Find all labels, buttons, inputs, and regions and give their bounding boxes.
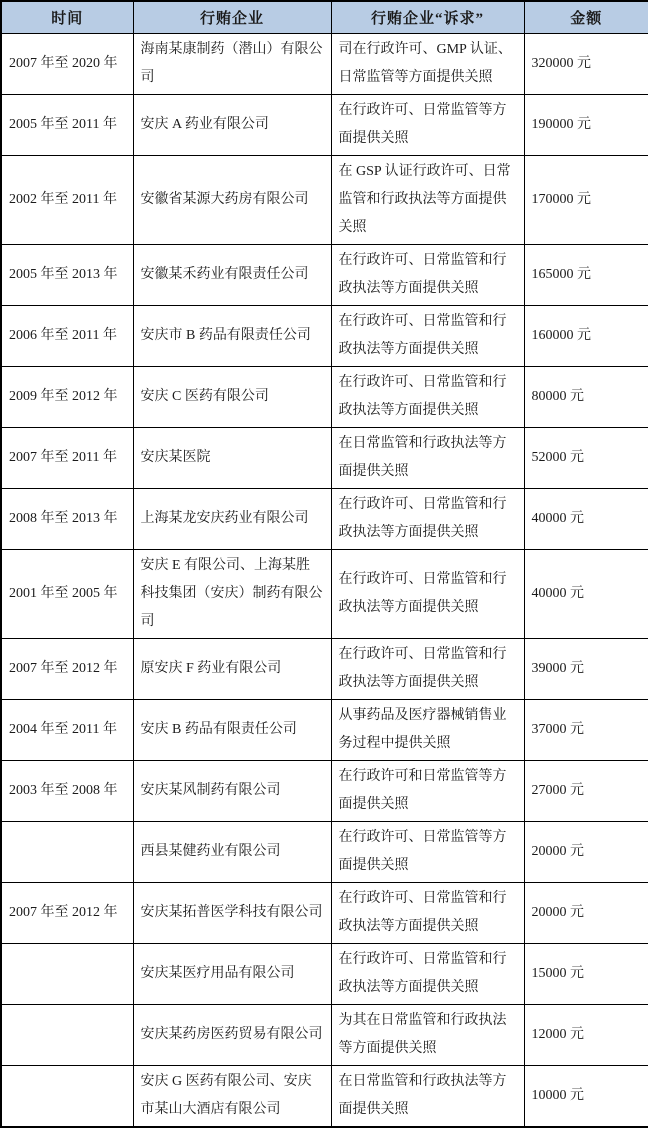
cell-amount: 190000 元: [524, 94, 648, 155]
cell-demand: 在行政许可、日常监管等方面提供关照: [331, 94, 524, 155]
cell-time: 2007 年至 2020 年: [1, 33, 133, 94]
cell-time: 2009 年至 2012 年: [1, 366, 133, 427]
cell-company: 西县某健药业有限公司: [133, 821, 331, 882]
cell-amount: 12000 元: [524, 1004, 648, 1065]
cell-company: 安庆某医疗用品有限公司: [133, 943, 331, 1004]
cell-company: 安庆某医院: [133, 427, 331, 488]
cell-company: 安庆某药房医药贸易有限公司: [133, 1004, 331, 1065]
cell-amount: 27000 元: [524, 760, 648, 821]
cell-demand: 在行政许可、日常监管和行政执法等方面提供关照: [331, 244, 524, 305]
table-row: 2007 年至 2012 年原安庆 F 药业有限公司在行政许可、日常监管和行政执…: [1, 638, 648, 699]
cell-time: 2006 年至 2011 年: [1, 305, 133, 366]
cell-time: 2007 年至 2011 年: [1, 427, 133, 488]
cell-amount: 165000 元: [524, 244, 648, 305]
cell-amount: 10000 元: [524, 1065, 648, 1127]
cell-demand: 在行政许可、日常监管和行政执法等方面提供关照: [331, 943, 524, 1004]
table-row: 2008 年至 2013 年上海某龙安庆药业有限公司在行政许可、日常监管和行政执…: [1, 488, 648, 549]
cell-company: 原安庆 F 药业有限公司: [133, 638, 331, 699]
cell-amount: 39000 元: [524, 638, 648, 699]
table-row: 2002 年至 2011 年安徽省某源大药房有限公司在 GSP 认证行政许可、日…: [1, 155, 648, 244]
table-row: 安庆某药房医药贸易有限公司为其在日常监管和行政执法等方面提供关照12000 元: [1, 1004, 648, 1065]
table-row: 2005 年至 2013 年安徽某禾药业有限责任公司在行政许可、日常监管和行政执…: [1, 244, 648, 305]
cell-demand: 为其在日常监管和行政执法等方面提供关照: [331, 1004, 524, 1065]
table-row: 2007 年至 2012 年安庆某拓普医学科技有限公司在行政许可、日常监管和行政…: [1, 882, 648, 943]
cell-amount: 20000 元: [524, 821, 648, 882]
cell-amount: 20000 元: [524, 882, 648, 943]
cell-demand: 在日常监管和行政执法等方面提供关照: [331, 427, 524, 488]
cell-company: 上海某龙安庆药业有限公司: [133, 488, 331, 549]
cell-time: 2001 年至 2005 年: [1, 549, 133, 638]
cell-company: 安庆某拓普医学科技有限公司: [133, 882, 331, 943]
cell-company: 安徽某禾药业有限责任公司: [133, 244, 331, 305]
cell-time: 2003 年至 2008 年: [1, 760, 133, 821]
cell-demand: 司在行政许可、GMP 认证、日常监管等方面提供关照: [331, 33, 524, 94]
cell-demand: 在行政许可、日常监管和行政执法等方面提供关照: [331, 488, 524, 549]
cell-demand: 在行政许可、日常监管和行政执法等方面提供关照: [331, 366, 524, 427]
cell-amount: 170000 元: [524, 155, 648, 244]
cell-demand: 在行政许可、日常监管和行政执法等方面提供关照: [331, 638, 524, 699]
cell-amount: 80000 元: [524, 366, 648, 427]
header-cell-time: 时间: [1, 1, 133, 33]
table-row: 2003 年至 2008 年安庆某风制药有限公司在行政许可和日常监管等方面提供关…: [1, 760, 648, 821]
cell-amount: 320000 元: [524, 33, 648, 94]
cell-demand: 从事药品及医疗器械销售业务过程中提供关照: [331, 699, 524, 760]
table-row: 2009 年至 2012 年安庆 C 医药有限公司在行政许可、日常监管和行政执法…: [1, 366, 648, 427]
cell-amount: 15000 元: [524, 943, 648, 1004]
table-row: 安庆 G 医药有限公司、安庆市某山大酒店有限公司在日常监管和行政执法等方面提供关…: [1, 1065, 648, 1127]
cell-demand: 在行政许可、日常监管和行政执法等方面提供关照: [331, 305, 524, 366]
cell-time: [1, 1065, 133, 1127]
table-row: 2004 年至 2011 年安庆 B 药品有限责任公司从事药品及医疗器械销售业务…: [1, 699, 648, 760]
table-body: 2007 年至 2020 年海南某康制药（潜山）有限公司司在行政许可、GMP 认…: [1, 33, 648, 1127]
table-row: 2005 年至 2011 年安庆 A 药业有限公司在行政许可、日常监管等方面提供…: [1, 94, 648, 155]
cell-time: 2005 年至 2013 年: [1, 244, 133, 305]
cell-time: 2007 年至 2012 年: [1, 638, 133, 699]
cell-company: 安庆某风制药有限公司: [133, 760, 331, 821]
cell-amount: 37000 元: [524, 699, 648, 760]
table-row: 2001 年至 2005 年安庆 E 有限公司、上海某胜科技集团（安庆）制药有限…: [1, 549, 648, 638]
cell-time: [1, 1004, 133, 1065]
cell-demand: 在日常监管和行政执法等方面提供关照: [331, 1065, 524, 1127]
table-header-row: 时间 行贿企业 行贿企业“诉求” 金额: [1, 1, 648, 33]
cell-demand: 在行政许可、日常监管等方面提供关照: [331, 821, 524, 882]
cell-company: 安庆 C 医药有限公司: [133, 366, 331, 427]
cell-company: 安徽省某源大药房有限公司: [133, 155, 331, 244]
cell-time: 2005 年至 2011 年: [1, 94, 133, 155]
table-row: 2007 年至 2011 年安庆某医院在日常监管和行政执法等方面提供关照5200…: [1, 427, 648, 488]
cell-demand: 在行政许可、日常监管和行政执法等方面提供关照: [331, 549, 524, 638]
header-cell-demand: 行贿企业“诉求”: [331, 1, 524, 33]
cell-time: [1, 943, 133, 1004]
cell-time: 2008 年至 2013 年: [1, 488, 133, 549]
cell-demand: 在 GSP 认证行政许可、日常监管和行政执法等方面提供关照: [331, 155, 524, 244]
cell-time: [1, 821, 133, 882]
cell-amount: 52000 元: [524, 427, 648, 488]
cell-company: 安庆 B 药品有限责任公司: [133, 699, 331, 760]
cell-time: 2002 年至 2011 年: [1, 155, 133, 244]
cell-demand: 在行政许可、日常监管和行政执法等方面提供关照: [331, 882, 524, 943]
header-cell-company: 行贿企业: [133, 1, 331, 33]
cell-amount: 40000 元: [524, 488, 648, 549]
cell-time: 2004 年至 2011 年: [1, 699, 133, 760]
cell-amount: 160000 元: [524, 305, 648, 366]
cell-company: 海南某康制药（潜山）有限公司: [133, 33, 331, 94]
cell-demand: 在行政许可和日常监管等方面提供关照: [331, 760, 524, 821]
bribery-table: 时间 行贿企业 行贿企业“诉求” 金额 2007 年至 2020 年海南某康制药…: [0, 0, 648, 1128]
table-row: 西县某健药业有限公司在行政许可、日常监管等方面提供关照20000 元: [1, 821, 648, 882]
header-cell-amount: 金额: [524, 1, 648, 33]
cell-company: 安庆 E 有限公司、上海某胜科技集团（安庆）制药有限公司: [133, 549, 331, 638]
cell-company: 安庆 G 医药有限公司、安庆市某山大酒店有限公司: [133, 1065, 331, 1127]
cell-company: 安庆 A 药业有限公司: [133, 94, 331, 155]
table-row: 安庆某医疗用品有限公司在行政许可、日常监管和行政执法等方面提供关照15000 元: [1, 943, 648, 1004]
table-row: 2006 年至 2011 年安庆市 B 药品有限责任公司在行政许可、日常监管和行…: [1, 305, 648, 366]
table-row: 2007 年至 2020 年海南某康制药（潜山）有限公司司在行政许可、GMP 认…: [1, 33, 648, 94]
cell-amount: 40000 元: [524, 549, 648, 638]
cell-time: 2007 年至 2012 年: [1, 882, 133, 943]
cell-company: 安庆市 B 药品有限责任公司: [133, 305, 331, 366]
